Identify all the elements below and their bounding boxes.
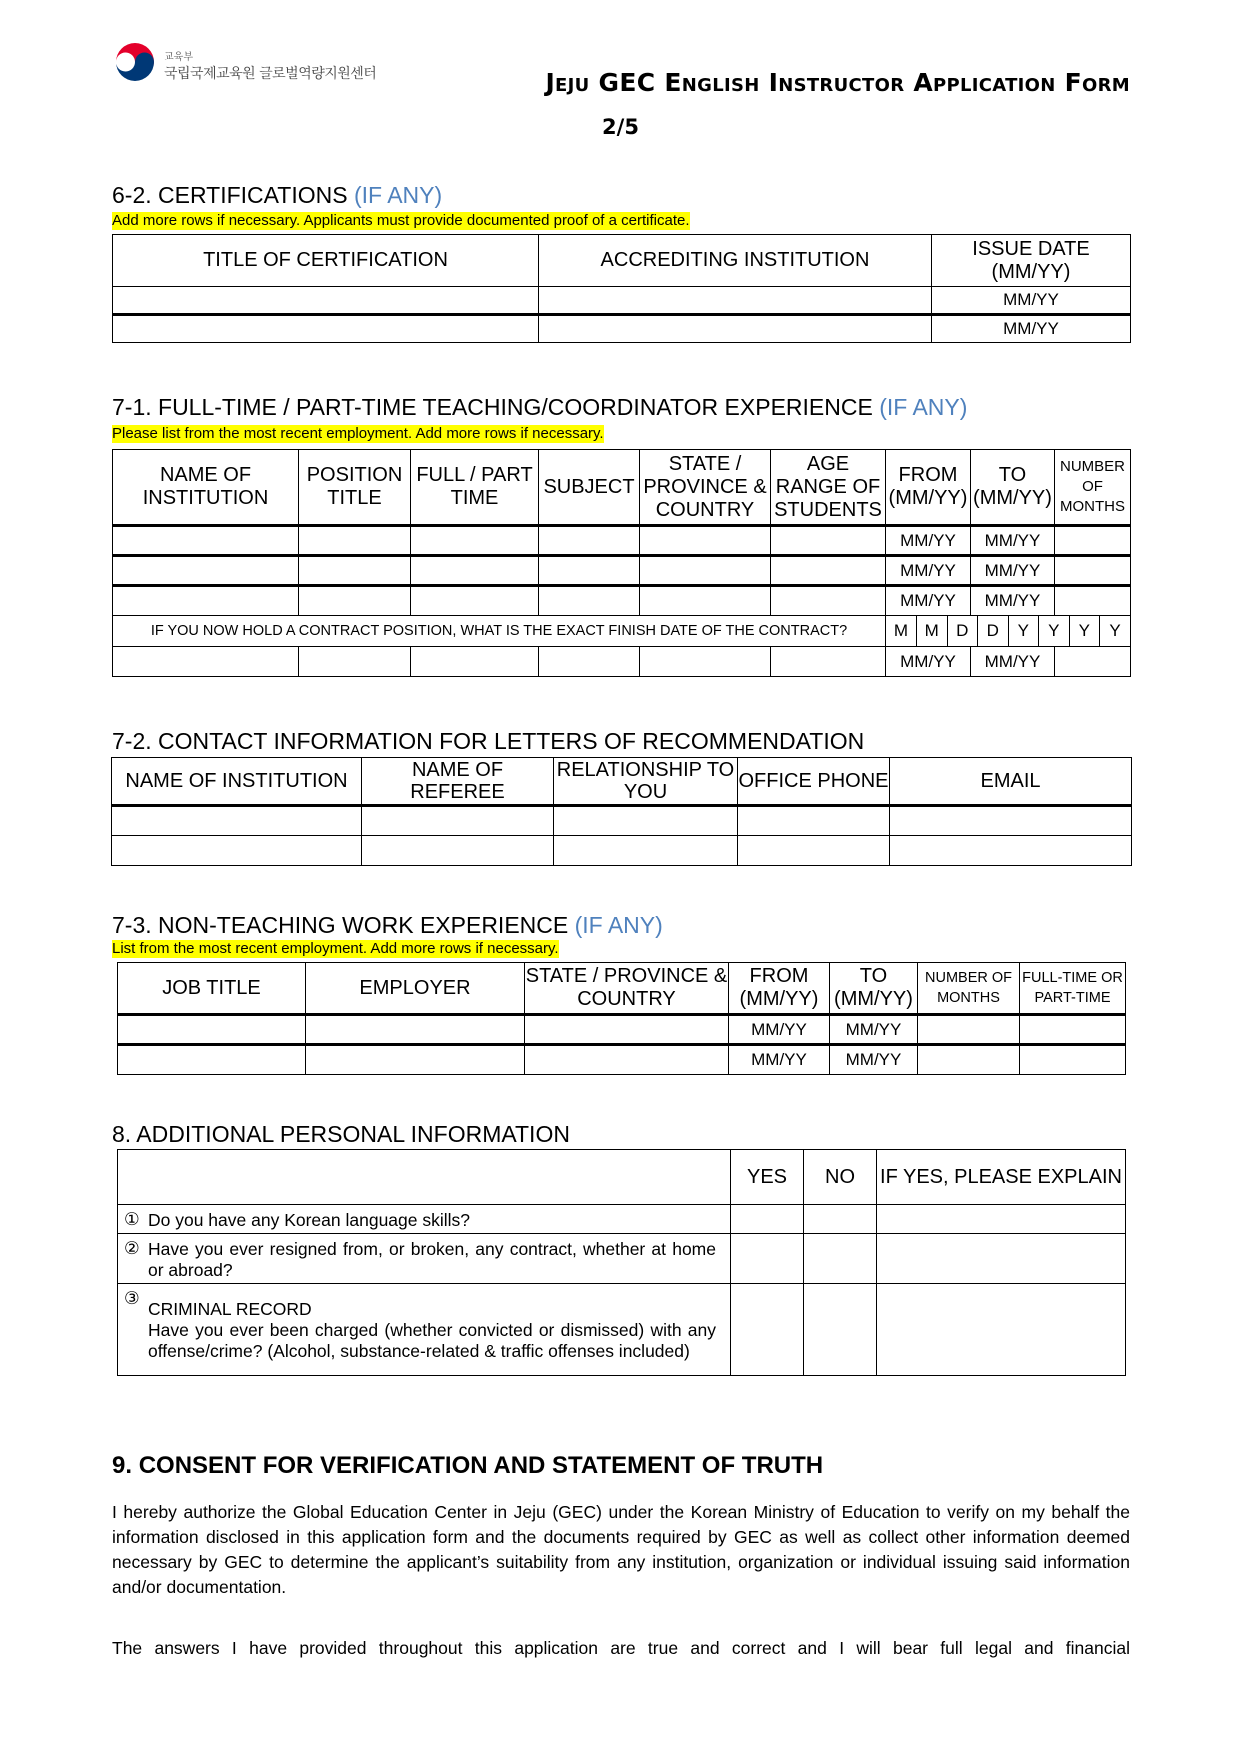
column-header: STATE / PROVINCE & COUNTRY xyxy=(525,963,729,1015)
cert-date-cell[interactable]: MM/YY xyxy=(932,287,1131,315)
cell[interactable] xyxy=(113,556,299,586)
column-header: STATE / PROVINCE & COUNTRY xyxy=(640,450,771,526)
section-title-references: 7-2. CONTACT INFORMATION FOR LETTERS OF … xyxy=(112,728,864,755)
cert-title-cell[interactable] xyxy=(113,315,539,343)
cell[interactable] xyxy=(118,1015,306,1045)
table-row: MM/YY MM/YY xyxy=(113,647,1131,677)
non-teaching-table: JOB TITLE EMPLOYER STATE / PROVINCE & CO… xyxy=(117,962,1126,1075)
cell[interactable] xyxy=(362,806,554,836)
column-header: EMAIL xyxy=(890,758,1132,806)
table-row: MM/YY MM/YY xyxy=(113,526,1131,556)
yes-cell[interactable] xyxy=(731,1205,804,1234)
optional-label: (IF ANY) xyxy=(354,182,442,208)
cell[interactable] xyxy=(362,836,554,866)
column-header: OFFICE PHONE xyxy=(738,758,890,806)
to-date-cell[interactable]: MM/YY xyxy=(971,556,1055,586)
cell[interactable] xyxy=(1020,1015,1126,1045)
references-table: NAME OF INSTITUTION NAME OF REFEREE RELA… xyxy=(111,757,1132,866)
column-header: NAME OF INSTITUTION xyxy=(113,450,299,526)
to-date-cell[interactable]: MM/YY xyxy=(971,526,1055,556)
cell[interactable] xyxy=(918,1015,1020,1045)
table-row: MM/YY xyxy=(113,287,1131,315)
from-date-cell[interactable]: MM/YY xyxy=(886,647,971,677)
date-box[interactable]: M xyxy=(886,616,917,646)
date-box[interactable]: M xyxy=(917,616,948,646)
column-header: TITLE OF CERTIFICATION xyxy=(113,235,539,287)
section-title-certifications: 6-2. CERTIFICATIONS (IF ANY) xyxy=(112,182,442,209)
column-header: POSITION TITLE xyxy=(299,450,411,526)
column-header: ACCREDITING INSTITUTION xyxy=(539,235,932,287)
column-header: EMPLOYER xyxy=(306,963,525,1015)
cell[interactable] xyxy=(554,836,738,866)
table-row xyxy=(112,836,1132,866)
table-row xyxy=(112,806,1132,836)
cell[interactable] xyxy=(411,526,539,556)
optional-label: (IF ANY) xyxy=(575,912,663,938)
question-row: ③ CRIMINAL RECORD Have you ever been cha… xyxy=(118,1284,1126,1376)
column-header: FULL-TIME OR PART-TIME xyxy=(1020,963,1126,1015)
certifications-table: TITLE OF CERTIFICATION ACCREDITING INSTI… xyxy=(112,234,1131,343)
months-cell[interactable] xyxy=(1055,526,1131,556)
explain-cell[interactable] xyxy=(877,1205,1126,1234)
cell[interactable] xyxy=(411,586,539,616)
cell[interactable] xyxy=(113,647,299,677)
cell[interactable] xyxy=(539,647,640,677)
cell[interactable] xyxy=(738,806,890,836)
page-number: 2/5 xyxy=(0,115,1241,139)
page-header: 교육부 국립국제교육원 글로벌역량지원센터 Jeju GEC English I… xyxy=(112,42,1130,102)
date-box[interactable]: Y xyxy=(1008,616,1039,646)
truth-paragraph: The answers I have provided throughout t… xyxy=(112,1636,1130,1661)
column-header: NAME OF INSTITUTION xyxy=(112,758,362,806)
cell[interactable] xyxy=(539,526,640,556)
column-header: NUMBER OF MONTHS xyxy=(918,963,1020,1015)
cell[interactable] xyxy=(112,806,362,836)
column-header: YES xyxy=(731,1150,804,1205)
center-name: 국립국제교육원 글로벌역량지원센터 xyxy=(164,63,376,83)
contract-question: IF YOU NOW HOLD A CONTRACT POSITION, WHA… xyxy=(113,616,886,647)
explain-cell[interactable] xyxy=(877,1284,1126,1376)
cell[interactable] xyxy=(411,556,539,586)
cell[interactable] xyxy=(738,836,890,866)
cell[interactable] xyxy=(411,647,539,677)
cell[interactable] xyxy=(306,1045,525,1075)
column-header: NO xyxy=(804,1150,877,1205)
cell[interactable] xyxy=(539,586,640,616)
cell[interactable] xyxy=(306,1015,525,1045)
non-teaching-note: List from the most recent employment. Ad… xyxy=(112,940,559,958)
cert-institution-cell[interactable] xyxy=(539,315,932,343)
column-header xyxy=(118,1150,731,1205)
months-cell[interactable] xyxy=(1055,556,1131,586)
cell[interactable] xyxy=(539,556,640,586)
explain-cell[interactable] xyxy=(877,1234,1126,1284)
no-cell[interactable] xyxy=(804,1205,877,1234)
date-box[interactable]: D xyxy=(947,616,978,646)
column-header: FULL / PART TIME xyxy=(411,450,539,526)
table-row: MM/YY MM/YY xyxy=(113,586,1131,616)
optional-label: (IF ANY) xyxy=(879,394,967,420)
from-date-cell[interactable]: MM/YY xyxy=(886,586,971,616)
column-header: RELATIONSHIP TO YOU xyxy=(554,758,738,806)
section-title-additional: 8. ADDITIONAL PERSONAL INFORMATION xyxy=(112,1121,570,1148)
cell[interactable] xyxy=(525,1045,729,1075)
contract-row: IF YOU NOW HOLD A CONTRACT POSITION, WHA… xyxy=(113,616,1131,647)
cell[interactable] xyxy=(640,556,771,586)
cell[interactable] xyxy=(299,647,411,677)
cell[interactable] xyxy=(771,556,886,586)
date-box[interactable]: Y xyxy=(1100,616,1131,646)
cell[interactable] xyxy=(112,836,362,866)
cell[interactable] xyxy=(1020,1045,1126,1075)
cell[interactable] xyxy=(113,586,299,616)
cell[interactable] xyxy=(771,586,886,616)
contract-date-field[interactable]: MMDDYYYY xyxy=(886,616,1131,647)
cell[interactable] xyxy=(918,1045,1020,1075)
column-header: AGE RANGE OF STUDENTS xyxy=(771,450,886,526)
from-date-cell[interactable]: MM/YY xyxy=(729,1015,830,1045)
cell[interactable] xyxy=(299,586,411,616)
column-header: ISSUE DATE (MM/YY) xyxy=(932,235,1131,287)
yes-cell[interactable] xyxy=(731,1234,804,1284)
cell[interactable] xyxy=(525,1015,729,1045)
column-header: TO (MM/YY) xyxy=(971,450,1055,526)
question-cell: ① Do you have any Korean language skills… xyxy=(118,1205,731,1234)
column-header: TO (MM/YY) xyxy=(830,963,918,1015)
column-header: FROM (MM/YY) xyxy=(729,963,830,1015)
question-row: ① Do you have any Korean language skills… xyxy=(118,1205,1126,1234)
column-header: NUMBER OF MONTHS xyxy=(1055,450,1131,526)
section-title-teaching: 7-1. FULL-TIME / PART-TIME TEACHING/COOR… xyxy=(112,394,967,421)
cell[interactable] xyxy=(771,647,886,677)
certifications-note: Add more rows if necessary. Applicants m… xyxy=(112,212,690,230)
from-date-cell[interactable]: MM/YY xyxy=(886,526,971,556)
cell[interactable] xyxy=(113,526,299,556)
table-row: MM/YY MM/YY xyxy=(113,556,1131,586)
from-date-cell[interactable]: MM/YY xyxy=(886,556,971,586)
to-date-cell[interactable]: MM/YY xyxy=(971,647,1055,677)
yes-cell[interactable] xyxy=(731,1284,804,1376)
column-header: FROM (MM/YY) xyxy=(886,450,971,526)
cell[interactable] xyxy=(640,526,771,556)
teaching-table: NAME OF INSTITUTION POSITION TITLE FULL … xyxy=(112,449,1131,677)
cell[interactable] xyxy=(771,526,886,556)
from-date-cell[interactable]: MM/YY xyxy=(729,1045,830,1075)
ministry-logo-icon xyxy=(112,42,158,88)
section-title-consent: 9. CONSENT FOR VERIFICATION AND STATEMEN… xyxy=(112,1452,823,1480)
teaching-note: Please list from the most recent employm… xyxy=(112,425,604,443)
additional-info-table: YES NO IF YES, PLEASE EXPLAIN ① Do you h… xyxy=(117,1149,1126,1376)
cell[interactable] xyxy=(640,586,771,616)
table-row: MM/YY MM/YY xyxy=(118,1045,1126,1075)
ministry-name: 교육부 xyxy=(164,48,193,63)
cell[interactable] xyxy=(890,806,1132,836)
to-date-cell[interactable]: MM/YY xyxy=(830,1015,918,1045)
column-header: SUBJECT xyxy=(539,450,640,526)
cell[interactable] xyxy=(890,836,1132,866)
cert-date-cell[interactable]: MM/YY xyxy=(932,315,1131,343)
cell[interactable] xyxy=(640,647,771,677)
consent-paragraph: I hereby authorize the Global Education … xyxy=(112,1500,1130,1600)
cell[interactable] xyxy=(299,556,411,586)
cert-institution-cell[interactable] xyxy=(539,287,932,315)
cert-title-cell[interactable] xyxy=(113,287,539,315)
table-row: MM/YY xyxy=(113,315,1131,343)
question-row: ② Have you ever resigned from, or broken… xyxy=(118,1234,1126,1284)
cell[interactable] xyxy=(299,526,411,556)
column-header: NAME OF REFEREE xyxy=(362,758,554,806)
months-cell[interactable] xyxy=(1055,647,1131,677)
to-date-cell[interactable]: MM/YY xyxy=(830,1045,918,1075)
question-cell: ② Have you ever resigned from, or broken… xyxy=(118,1234,731,1284)
date-box[interactable]: Y xyxy=(1039,616,1070,646)
cell[interactable] xyxy=(118,1045,306,1075)
question-cell: ③ CRIMINAL RECORD Have you ever been cha… xyxy=(118,1284,731,1376)
date-box[interactable]: Y xyxy=(1069,616,1100,646)
no-cell[interactable] xyxy=(804,1234,877,1284)
cell[interactable] xyxy=(554,806,738,836)
column-header: JOB TITLE xyxy=(118,963,306,1015)
to-date-cell[interactable]: MM/YY xyxy=(971,586,1055,616)
table-row: MM/YY MM/YY xyxy=(118,1015,1126,1045)
months-cell[interactable] xyxy=(1055,586,1131,616)
no-cell[interactable] xyxy=(804,1284,877,1376)
date-box[interactable]: D xyxy=(978,616,1009,646)
document-title: Jeju GEC English Instructor Application … xyxy=(545,68,1130,97)
column-header: IF YES, PLEASE EXPLAIN xyxy=(877,1150,1126,1205)
section-title-non-teaching: 7-3. NON-TEACHING WORK EXPERIENCE (IF AN… xyxy=(112,912,663,939)
